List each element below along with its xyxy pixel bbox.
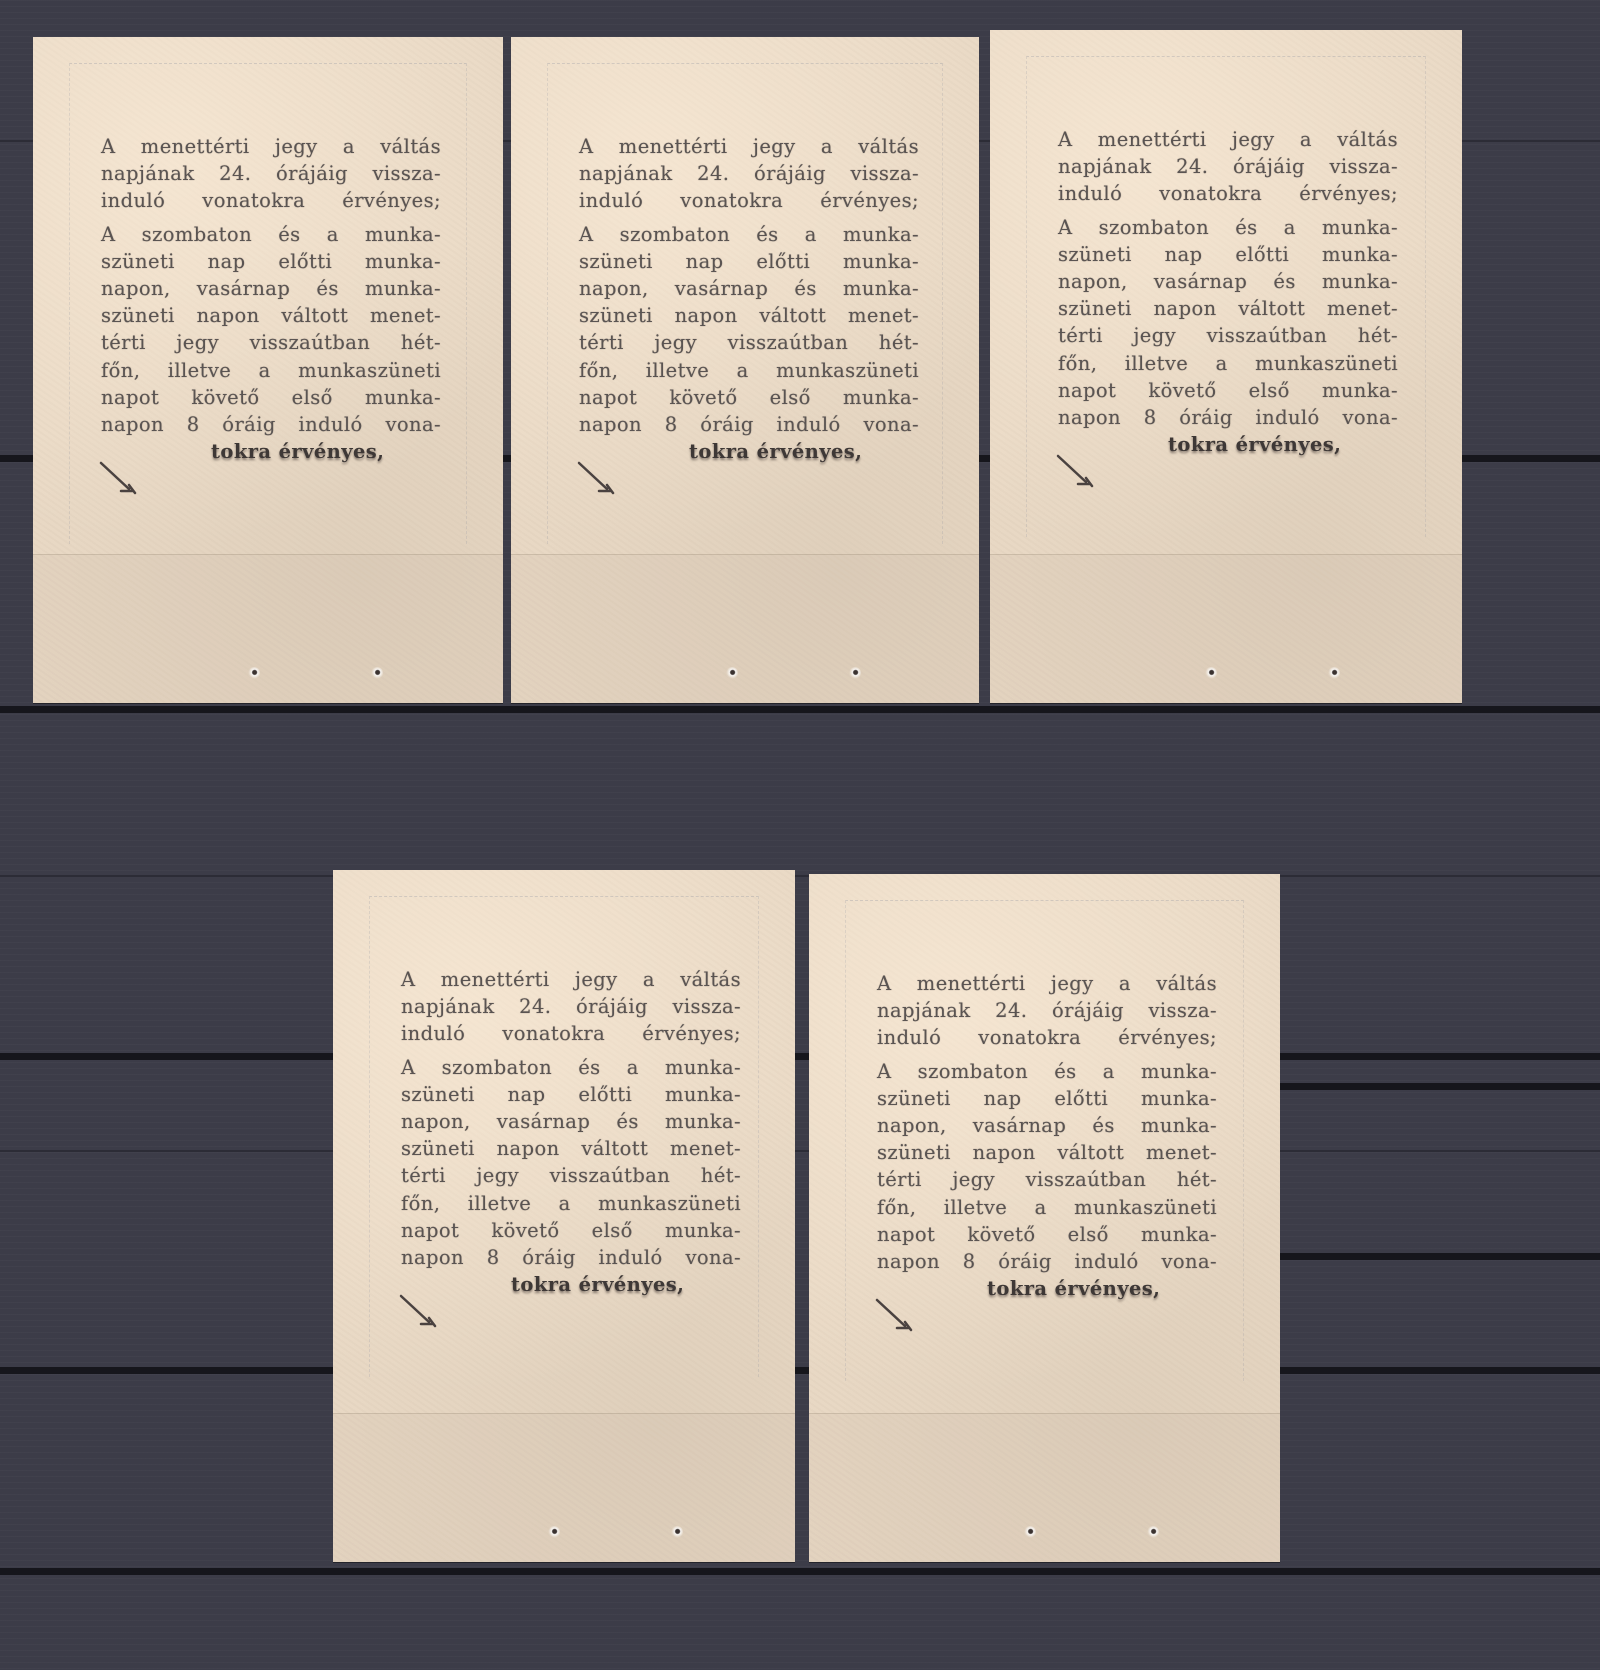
ticket-text-line: tokra érvényes, [401, 1271, 741, 1298]
ticket-text-line: térti jegy visszaútban hét- [579, 329, 919, 356]
handwritten-arrow-icon [1056, 454, 1102, 490]
ticket-text-line: A menettérti jegy a váltás [877, 970, 1217, 997]
ticket-text-line: napjának 24. órájáig vissza- [579, 160, 919, 187]
ticket-text-line: napon 8 óráig induló vona- [579, 411, 919, 438]
ticket-text-line: napot követő első munka- [401, 1217, 741, 1244]
ticket-text-line: napon, vasárnap és munka- [1058, 268, 1398, 295]
ticket-text-line: szüneti napon váltott menet- [1058, 295, 1398, 322]
stock-strip [0, 1568, 1600, 1575]
stock-strip-edge [511, 554, 979, 555]
ticket-text-line: főn, illetve a munkaszüneti [1058, 350, 1398, 377]
ticket-conditions-text: A menettérti jegy a váltásnapjának 24. ó… [101, 133, 441, 465]
ticket-conditions-text: A menettérti jegy a váltásnapjának 24. ó… [401, 966, 741, 1298]
ticket-text-line: A szombaton és a munka- [877, 1058, 1217, 1085]
ticket-text-line: A menettérti jegy a váltás [401, 966, 741, 993]
ticket-text-line: napon, vasárnap és munka- [877, 1112, 1217, 1139]
ticket-conditions-text: A menettérti jegy a váltásnapjának 24. ó… [579, 133, 919, 465]
ticket-conditions-text: A menettérti jegy a váltásnapjának 24. ó… [1058, 126, 1398, 458]
ticket-text-line: tokra érvényes, [579, 438, 919, 465]
stock-strip-edge [990, 554, 1462, 555]
ticket-text-line: főn, illetve a munkaszüneti [877, 1194, 1217, 1221]
ticket-text-line: napon 8 óráig induló vona- [877, 1248, 1217, 1275]
ticket-text-line: szüneti napon váltott menet- [877, 1139, 1217, 1166]
ticket-stub [809, 1414, 1280, 1562]
ticket-text-line: szüneti nap előtti munka- [579, 248, 919, 275]
ticket-text-line: tokra érvényes, [101, 438, 441, 465]
ticket-text-line: főn, illetve a munkaszüneti [579, 357, 919, 384]
stock-strip-edge [333, 1413, 795, 1414]
ticket-text-line: főn, illetve a munkaszüneti [401, 1190, 741, 1217]
ticket-text-line: A szombaton és a munka- [101, 221, 441, 248]
ticket: A menettérti jegy a váltásnapjának 24. ó… [809, 874, 1280, 1562]
ticket-text-line: napjának 24. órájáig vissza- [401, 993, 741, 1020]
ticket: A menettérti jegy a váltásnapjának 24. ó… [333, 870, 795, 1562]
punch-hole-icon [1147, 1526, 1159, 1538]
ticket-stub [33, 555, 503, 703]
ticket-stub [990, 555, 1462, 703]
handwritten-arrow-icon [577, 461, 623, 497]
ticket-text-line: induló vonatokra érvényes; [101, 187, 441, 214]
ticket-text-line: napot követő első munka- [1058, 377, 1398, 404]
ticket-text-line: napot követő első munka- [877, 1221, 1217, 1248]
ticket-text-line: napjának 24. órájáig vissza- [101, 160, 441, 187]
ticket-stub [333, 1414, 795, 1562]
punch-hole-icon [726, 667, 738, 679]
ticket-text-line: napon, vasárnap és munka- [579, 275, 919, 302]
ticket-text-line: főn, illetve a munkaszüneti [101, 357, 441, 384]
stock-strip [0, 1053, 1600, 1060]
ticket-text-line: térti jegy visszaútban hét- [877, 1166, 1217, 1193]
ticket-text-line: napon, vasárnap és munka- [101, 275, 441, 302]
ticket: A menettérti jegy a váltásnapjának 24. ó… [511, 37, 979, 703]
ticket-text-line: napot követő első munka- [579, 384, 919, 411]
punch-hole-icon [1205, 667, 1217, 679]
ticket-text-line: szüneti napon váltott menet- [579, 302, 919, 329]
punch-hole-icon [1024, 1526, 1036, 1538]
stock-strip [1280, 1253, 1600, 1260]
ticket-text-line: szüneti napon váltott menet- [401, 1135, 741, 1162]
stock-strip [0, 1367, 1600, 1374]
ticket-text-line: napjának 24. órájáig vissza- [1058, 153, 1398, 180]
ticket-stub [511, 555, 979, 703]
ticket: A menettérti jegy a váltásnapjának 24. ó… [33, 37, 503, 703]
handwritten-arrow-icon [399, 1294, 445, 1330]
ticket-text-line: induló vonatokra érvényes; [579, 187, 919, 214]
ticket-text-line: A menettérti jegy a váltás [579, 133, 919, 160]
ticket-text-line: napon, vasárnap és munka- [401, 1108, 741, 1135]
ticket-text-line: térti jegy visszaútban hét- [101, 329, 441, 356]
punch-hole-icon [849, 667, 861, 679]
ticket-text-line: térti jegy visszaútban hét- [1058, 322, 1398, 349]
punch-hole-icon [248, 667, 260, 679]
ticket-text-line: induló vonatokra érvényes; [401, 1020, 741, 1047]
stock-strip-edge [33, 554, 503, 555]
ticket-conditions-text: A menettérti jegy a váltásnapjának 24. ó… [877, 970, 1217, 1302]
ticket: A menettérti jegy a váltásnapjának 24. ó… [990, 30, 1462, 703]
ticket-text-line: napjának 24. órájáig vissza- [877, 997, 1217, 1024]
ticket-text-line: A menettérti jegy a váltás [1058, 126, 1398, 153]
ticket-text-line: A szombaton és a munka- [1058, 214, 1398, 241]
ticket-text-line: szüneti nap előtti munka- [101, 248, 441, 275]
ticket-text-line: napot követő első munka- [101, 384, 441, 411]
ticket-text-line: A szombaton és a munka- [579, 221, 919, 248]
ticket-text-line: A menettérti jegy a váltás [101, 133, 441, 160]
ticket-text-line: szüneti nap előtti munka- [401, 1081, 741, 1108]
stock-strip [0, 1150, 1600, 1152]
ticket-text-line: szüneti nap előtti munka- [877, 1085, 1217, 1112]
ticket-text-line: napon 8 óráig induló vona- [1058, 404, 1398, 431]
ticket-text-line: A szombaton és a munka- [401, 1054, 741, 1081]
punch-hole-icon [371, 667, 383, 679]
stock-strip [1280, 1083, 1600, 1090]
punch-hole-icon [671, 1526, 683, 1538]
ticket-text-line: szüneti nap előtti munka- [1058, 241, 1398, 268]
ticket-text-line: tokra érvényes, [877, 1275, 1217, 1302]
handwritten-arrow-icon [99, 461, 145, 497]
ticket-text-line: induló vonatokra érvényes; [1058, 180, 1398, 207]
ticket-text-line: induló vonatokra érvényes; [877, 1024, 1217, 1051]
stock-strip [0, 706, 1600, 713]
ticket-text-line: napon 8 óráig induló vona- [101, 411, 441, 438]
ticket-text-line: térti jegy visszaútban hét- [401, 1162, 741, 1189]
punch-hole-icon [548, 1526, 560, 1538]
stock-strip-edge [809, 1413, 1280, 1414]
ticket-text-line: tokra érvényes, [1058, 431, 1398, 458]
ticket-text-line: napon 8 óráig induló vona- [401, 1244, 741, 1271]
ticket-text-line: szüneti napon váltott menet- [101, 302, 441, 329]
stock-strip [0, 875, 1600, 877]
handwritten-arrow-icon [875, 1298, 921, 1334]
punch-hole-icon [1328, 667, 1340, 679]
